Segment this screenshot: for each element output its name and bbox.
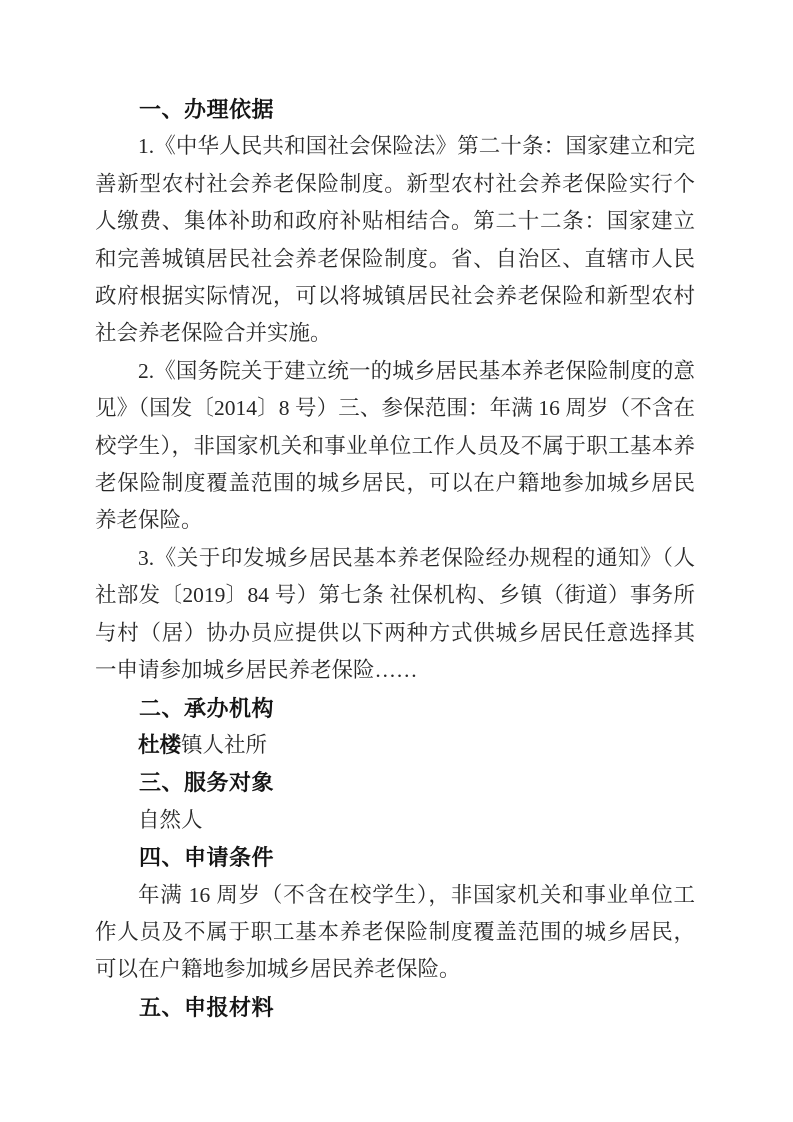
paragraph-basis-social-insurance-law: 1.《中华人民共和国社会保险法》第二十条：国家建立和完善新型农村社会养老保险制度… [95,128,695,352]
agency-name-bold-part: 杜楼 [138,733,181,757]
agency-name-line: 杜楼镇人社所 [95,727,695,764]
heading-application-conditions: 四、申请条件 [95,839,695,876]
paragraph-application-conditions: 年满 16 周岁（不含在校学生），非国家机关和事业单位工作人员及不属于职工基本养… [95,877,695,989]
paragraph-basis-handling-procedures-notice: 3.《关于印发城乡居民基本养老保险经办规程的通知》（人社部发〔2019〕84 号… [95,540,695,690]
service-target-value: 自然人 [95,802,695,839]
agency-name-regular-part: 镇人社所 [181,733,267,757]
heading-processing-basis: 一、办理依据 [95,91,695,128]
heading-service-target: 三、服务对象 [95,764,695,801]
heading-application-materials: 五、申报材料 [95,989,695,1026]
heading-undertaking-agency: 二、承办机构 [95,690,695,727]
document-page: 一、办理依据 1.《中华人民共和国社会保险法》第二十条：国家建立和完善新型农村社… [0,0,793,1122]
paragraph-basis-state-council-opinion: 2.《国务院关于建立统一的城乡居民基本养老保险制度的意见》（国发〔2014〕8 … [95,353,695,540]
